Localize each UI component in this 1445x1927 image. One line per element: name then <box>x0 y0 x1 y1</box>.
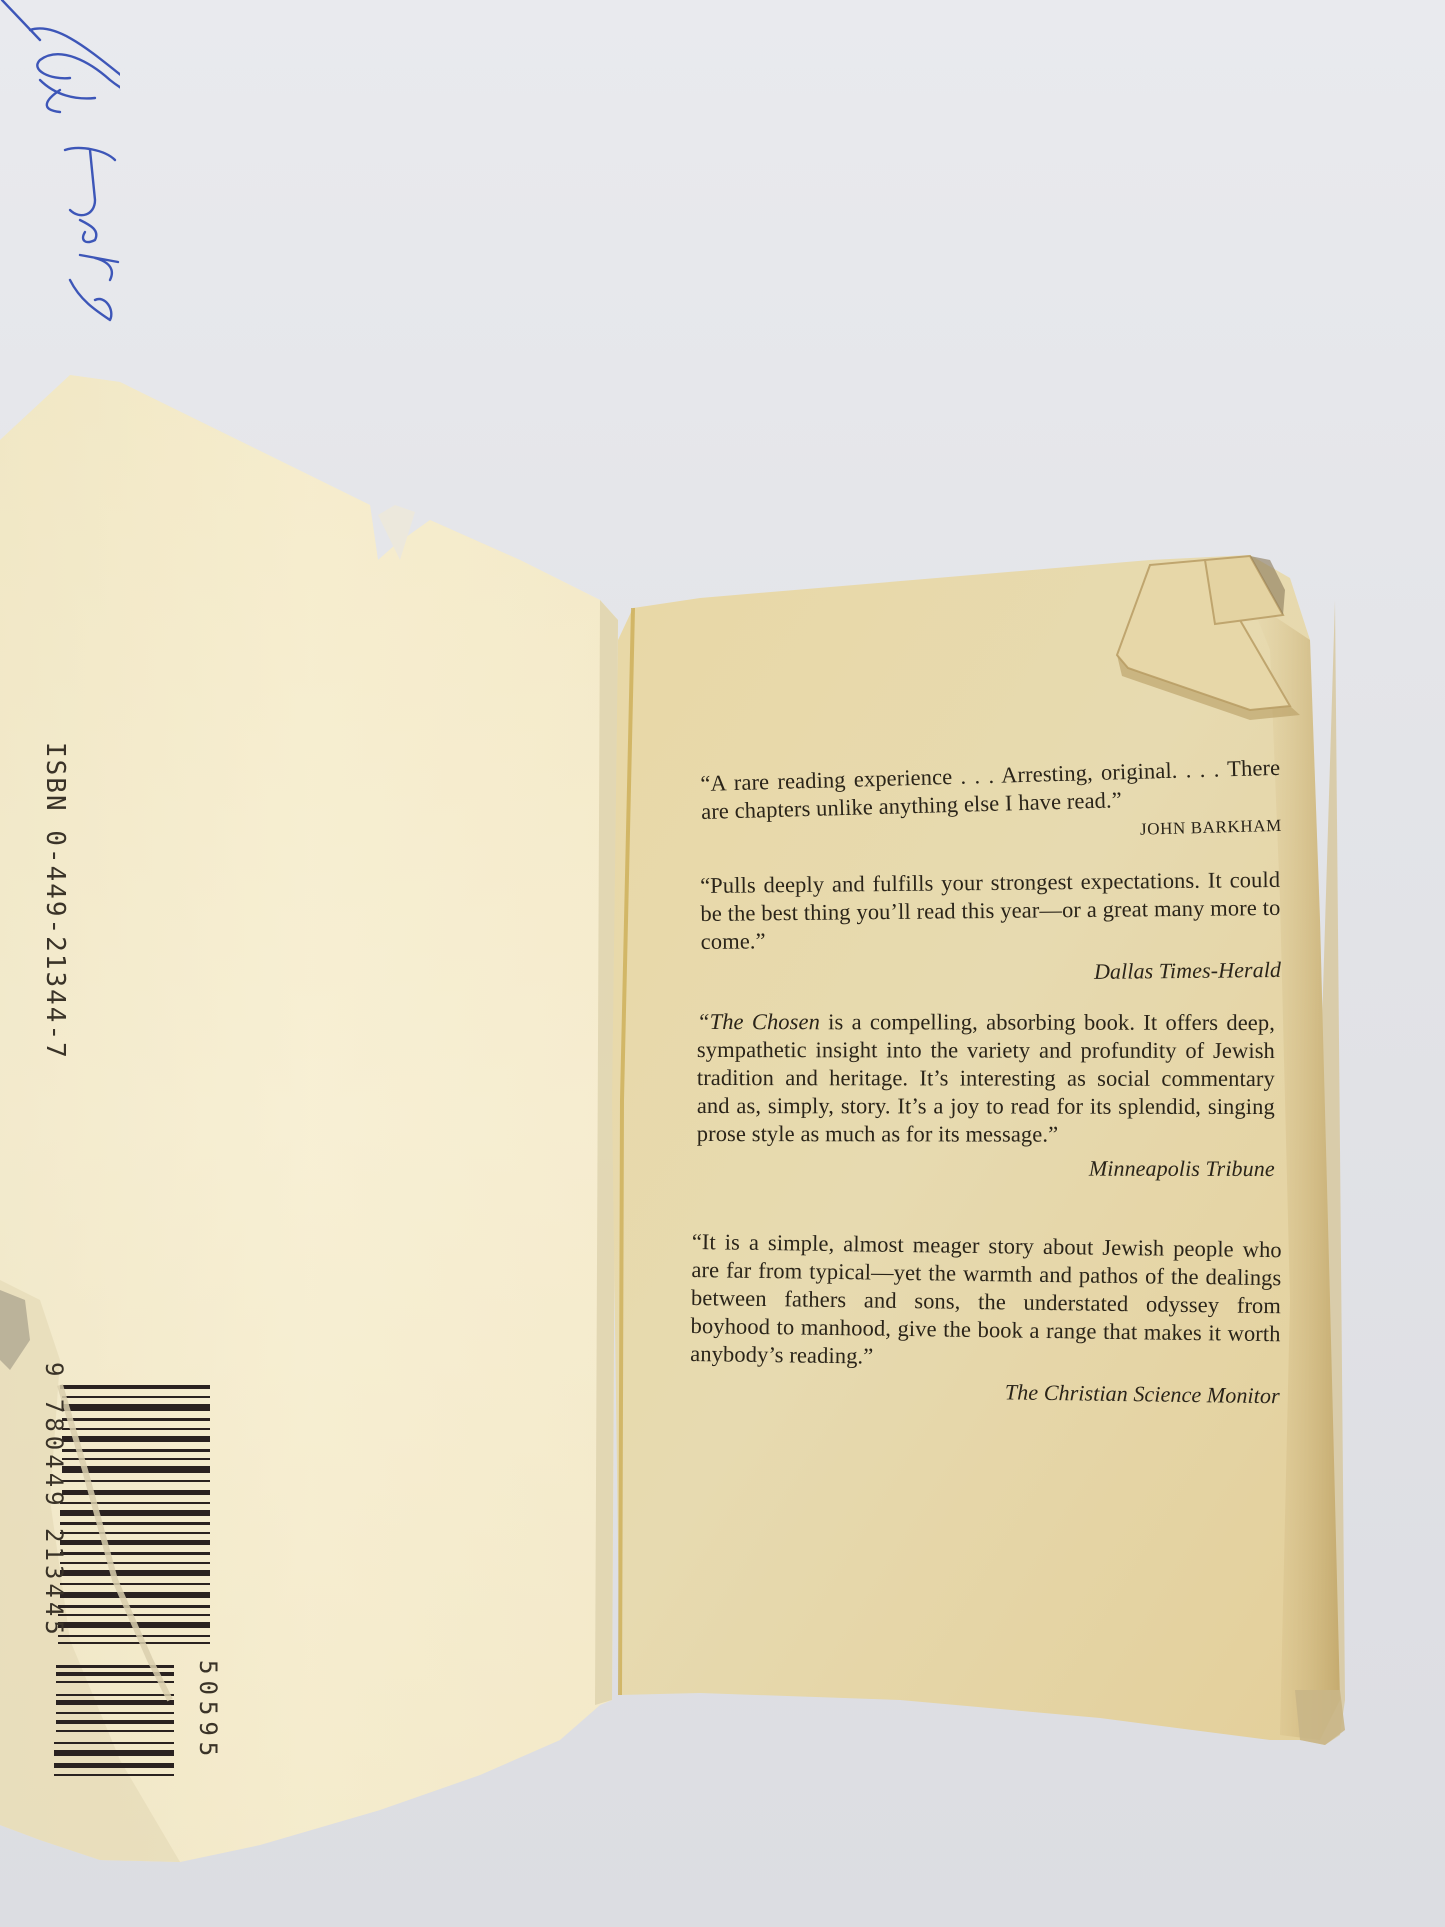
quote-text: “The Chosen is a compelling, absorbing b… <box>697 1008 1275 1149</box>
review-quote: “It is a simple, almost meager story abo… <box>690 1228 1282 1410</box>
book-page: “A rare reading experience . . . Arresti… <box>0 0 1445 1927</box>
review-quote: “Pulls deeply and fulfills your stronges… <box>700 866 1281 990</box>
quote-text: “It is a simple, almost meager story abo… <box>690 1228 1282 1376</box>
quote-text: “Pulls deeply and fulfills your stronges… <box>700 866 1281 956</box>
quote-attribution: Minneapolis Tribune <box>697 1154 1275 1183</box>
review-quote: “The Chosen is a compelling, absorbing b… <box>697 1008 1275 1183</box>
photo-scene: ISBN 0-449-21344-7 9 780449 213445 50595 <box>0 0 1445 1927</box>
book-title-italic: “The Chosen <box>697 1009 820 1034</box>
review-quote: “A rare reading experience . . . Arresti… <box>700 754 1282 856</box>
